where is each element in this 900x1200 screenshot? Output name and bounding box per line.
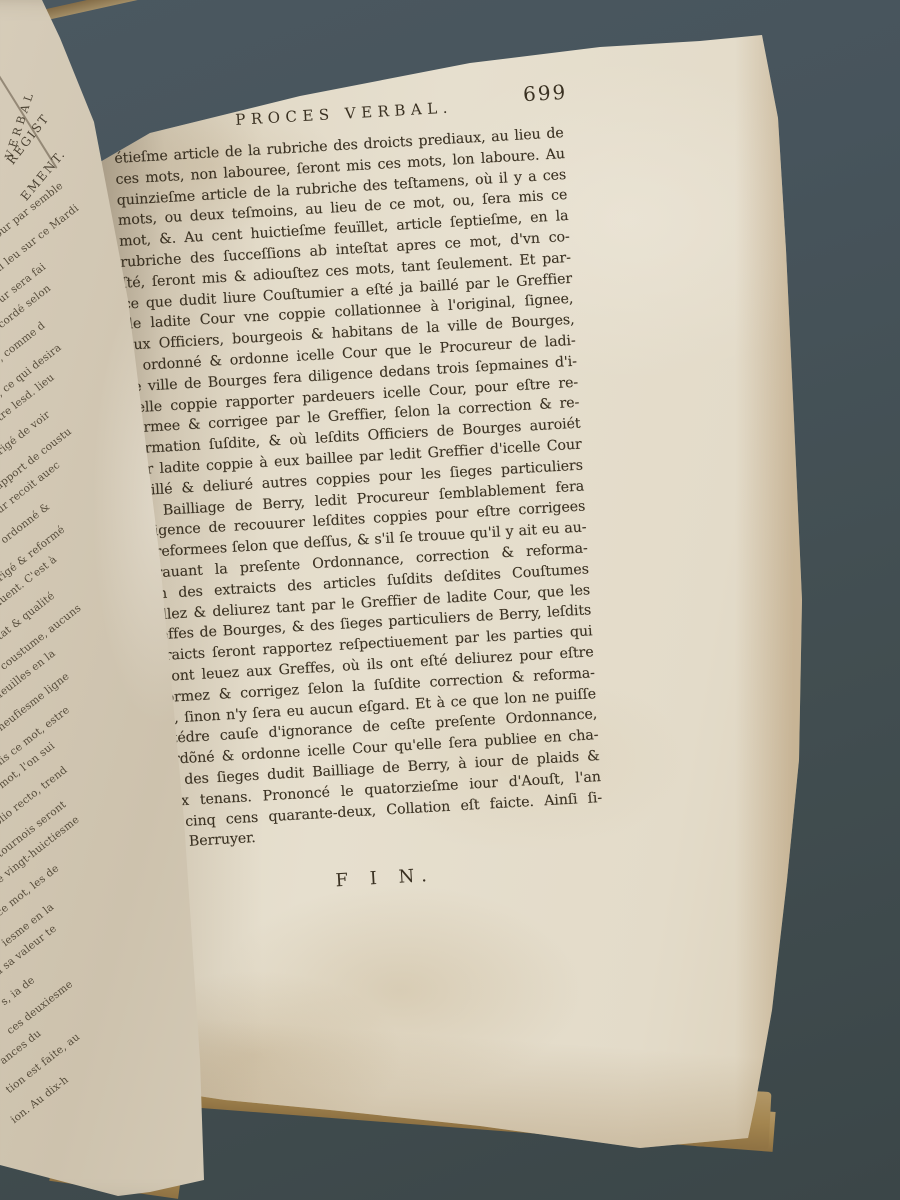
- book-photo: PROCES VERBAL. 699 étieſme article de la…: [0, 0, 900, 1200]
- body-text: étieſme article de la rubriche des droic…: [114, 123, 604, 855]
- spine-fragment: tion est faite, au: [3, 1031, 82, 1096]
- spine-fragment: s, ia de: [0, 974, 37, 1008]
- fin-colophon: F I N.: [156, 855, 606, 902]
- page-number: 699: [522, 80, 567, 107]
- printed-text-block: PROCES VERBAL. 699 étieſme article de la…: [112, 92, 606, 902]
- spine-fragment: de coustume, aucuns: [0, 602, 84, 683]
